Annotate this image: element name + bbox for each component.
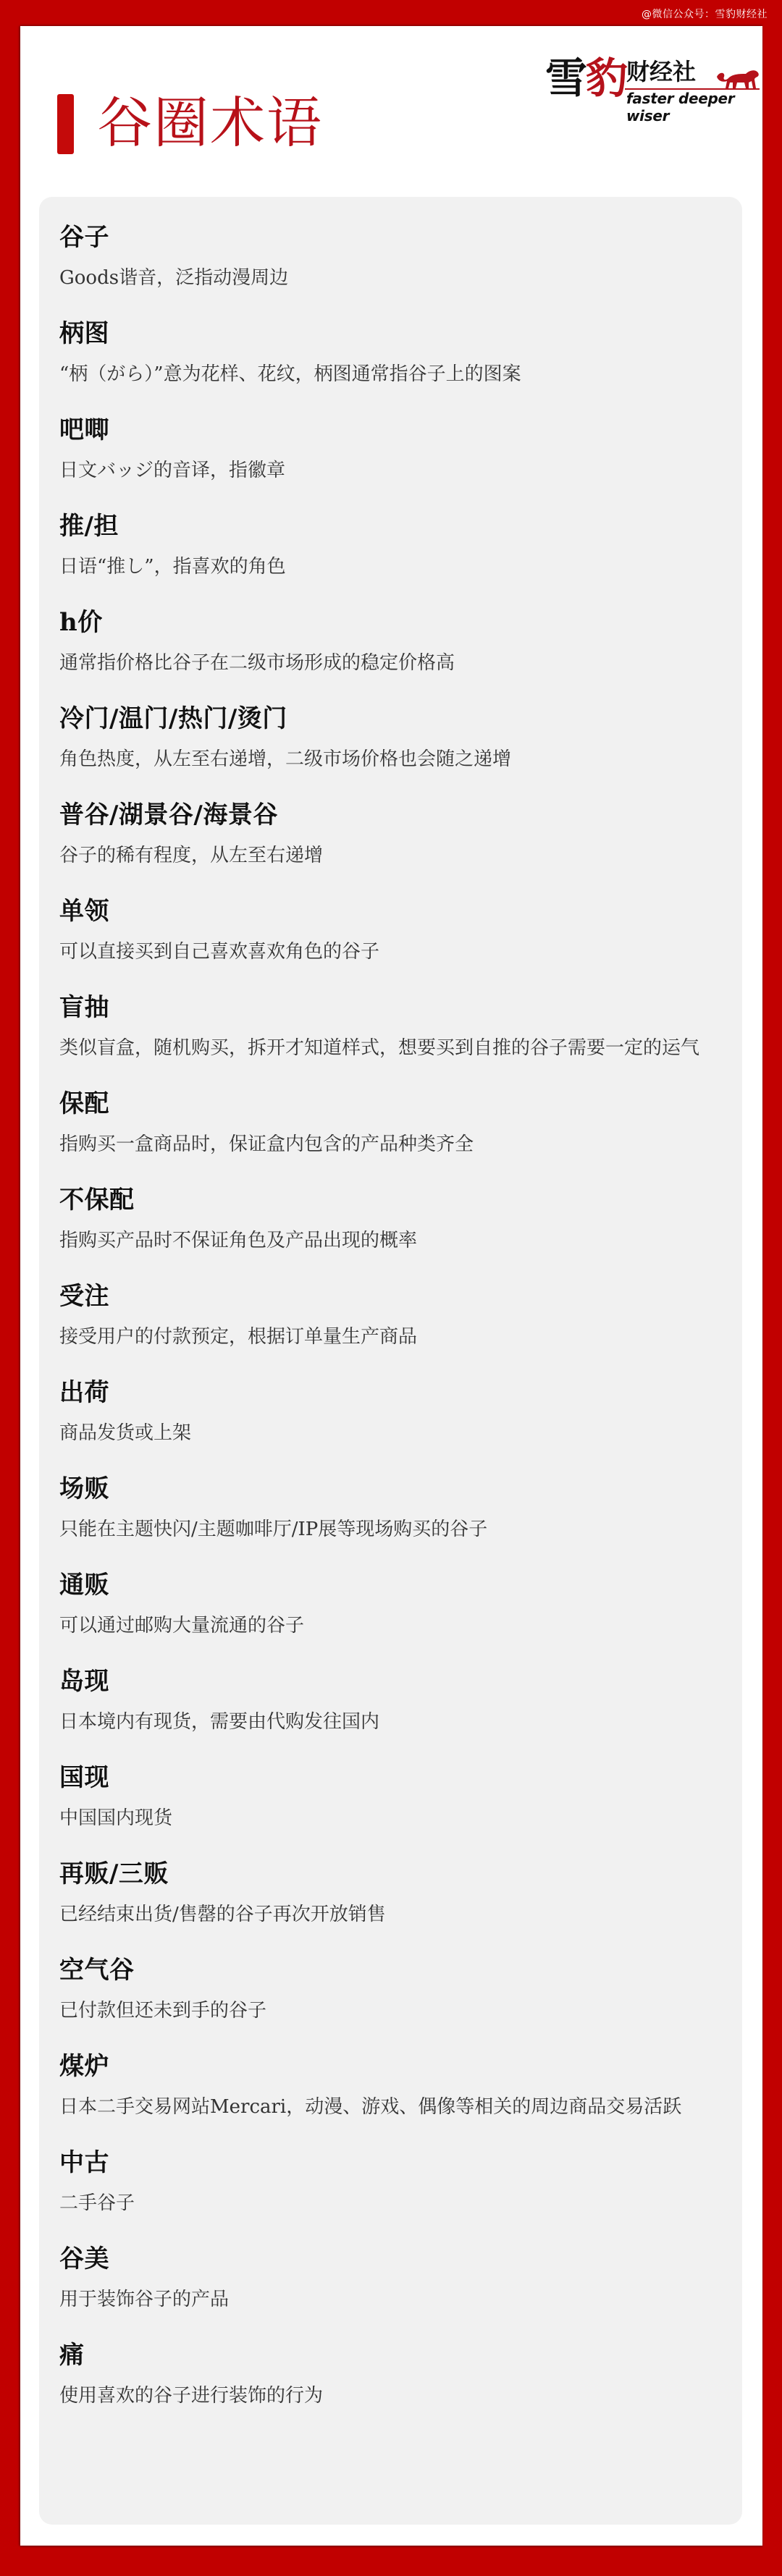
glossary-entry: 岛现日本境内有现货，需要由代购发往国内 [59,1667,742,1763]
entry-desc: 使用喜欢的谷子进行装饰的行为 [59,2384,323,2407]
glossary-entry: 国现中国国内现货 [59,1763,742,1859]
watermark: @微信公众号：雪豹财经社 [642,7,768,21]
entry-desc: 日文バッジ的音译，指徽章 [59,459,285,482]
glossary-entry: 再贩/三贩已经结束出货/售罄的谷子再次开放销售 [59,1859,742,1956]
logo-char-bao: 豹 [586,55,628,101]
entry-term: 保配 [59,1089,742,1118]
entry-term: 煤炉 [59,2052,742,2081]
title-accent-bar [57,94,74,154]
glossary-card: 谷子Goods谐音，泛指动漫周边 柄图“柄（がら）”意为花样、花纹，柄图通常指谷… [39,197,742,2525]
entry-term: 推/担 [59,512,742,541]
entry-term: 谷子 [59,223,742,252]
entry-desc: 已经结束出货/售罄的谷子再次开放销售 [59,1903,386,1926]
glossary-entry: 受注接受用户的付款预定，根据订单量生产商品 [59,1282,742,1378]
glossary-entry: 通贩可以通过邮购大量流通的谷子 [59,1571,742,1667]
brand-logo: 雪 豹 财经社 faster deeper wiser [545,58,741,109]
entry-desc: 类似盲盒，随机购买，拆开才知道样式，想要买到自推的谷子需要一定的运气 [59,1036,699,1060]
entry-term: 不保配 [59,1186,742,1215]
logo-char-xue: 雪 [545,55,587,101]
entry-term: 出荷 [59,1378,742,1407]
glossary-entry: 冷门/温门/热门/烫门角色热度，从左至右递增，二级市场价格也会随之递增 [59,704,742,801]
entry-desc: 指购买一盒商品时，保证盒内包含的产品种类齐全 [59,1133,474,1156]
glossary-entry: 推/担日语“推し”，指喜欢的角色 [59,512,742,608]
entry-term: 国现 [59,1763,742,1792]
glossary-entry: 保配指购买一盒商品时，保证盒内包含的产品种类齐全 [59,1089,742,1186]
glossary-entry: 普谷/湖景谷/海景谷谷子的稀有程度，从左至右递增 [59,801,742,897]
glossary-entry: 谷子Goods谐音，泛指动漫周边 [59,223,742,319]
entry-term: 通贩 [59,1571,742,1600]
glossary-entry: 单领可以直接买到自己喜欢喜欢角色的谷子 [59,897,742,993]
entry-term: 冷门/温门/热门/烫门 [59,704,742,733]
glossary-entry: 煤炉日本二手交易网站Mercari，动漫、游戏、偶像等相关的周边商品交易活跃 [59,2052,742,2148]
entry-desc: 二手谷子 [59,2192,135,2215]
entry-desc: 中国国内现货 [59,1807,172,1830]
logo-slogan: faster deeper wiser [626,90,741,124]
entry-term: 普谷/湖景谷/海景谷 [59,801,742,829]
entry-desc: 商品发货或上架 [59,1422,191,1445]
entry-desc: “柄（がら）”意为花样、花纹，柄图通常指谷子上的图案 [59,363,521,386]
glossary-entry: 柄图“柄（がら）”意为花样、花纹，柄图通常指谷子上的图案 [59,319,742,415]
entry-desc: 谷子的稀有程度，从左至右递增 [59,844,323,867]
entry-term: 岛现 [59,1667,742,1696]
glossary-entry: 中古二手谷子 [59,2148,742,2245]
entry-desc: 指购买产品时不保证角色及产品出现的概率 [59,1229,417,1252]
entry-desc: 日本境内有现货，需要由代购发往国内 [59,1710,379,1733]
page-title: 谷圈术语 [97,88,323,158]
entry-term: 谷美 [59,2245,742,2273]
entry-desc: 可以直接买到自己喜欢喜欢角色的谷子 [59,940,379,963]
entry-term: 场贩 [59,1474,742,1503]
entry-term: h价 [59,608,742,637]
entry-desc: 角色热度，从左至右递增，二级市场价格也会随之递增 [59,748,511,771]
glossary-entry: 空气谷已付款但还未到手的谷子 [59,1956,742,2052]
entry-term: 空气谷 [59,1956,742,1985]
entry-term: 再贩/三贩 [59,1859,742,1888]
entry-desc: 已付款但还未到手的谷子 [59,1999,266,2022]
glossary-entry: 不保配指购买产品时不保证角色及产品出现的概率 [59,1186,742,1282]
tiger-icon [715,67,760,90]
entry-term: 单领 [59,897,742,926]
content-panel: 谷圈术语 雪 豹 财经社 faster deeper wiser 谷子Goods… [20,26,762,2546]
glossary-entry: 痛使用喜欢的谷子进行装饰的行为 [59,2341,742,2437]
glossary-entry: 谷美用于装饰谷子的产品 [59,2245,742,2341]
entry-desc: 可以通过邮购大量流通的谷子 [59,1614,304,1637]
glossary-entry: 场贩只能在主题快闪/主题咖啡厅/IP展等现场购买的谷子 [59,1474,742,1571]
entry-term: 受注 [59,1282,742,1311]
glossary-entry: h价通常指价格比谷子在二级市场形成的稳定价格高 [59,608,742,704]
logo-name: 财经社 [626,58,696,85]
glossary-entry: 盲抽类似盲盒，随机购买，拆开才知道样式，想要买到自推的谷子需要一定的运气 [59,993,742,1089]
entry-desc: 接受用户的付款预定，根据订单量生产商品 [59,1325,417,1348]
entry-desc: Goods谐音，泛指动漫周边 [59,266,288,290]
entry-term: 盲抽 [59,993,742,1022]
entry-term: 痛 [59,2341,742,2370]
entry-term: 吧唧 [59,415,742,444]
entry-desc: 用于装饰谷子的产品 [59,2288,229,2311]
entry-term: 柄图 [59,319,742,348]
entry-desc: 日语“推し”，指喜欢的角色 [59,555,286,578]
glossary-entry: 吧唧日文バッジ的音译，指徽章 [59,415,742,512]
entry-desc: 日本二手交易网站Mercari，动漫、游戏、偶像等相关的周边商品交易活跃 [59,2095,681,2119]
entry-desc: 通常指价格比谷子在二级市场形成的稳定价格高 [59,651,455,675]
glossary-entry: 出荷商品发货或上架 [59,1378,742,1474]
entry-term: 中古 [59,2148,742,2177]
entry-desc: 只能在主题快闪/主题咖啡厅/IP展等现场购买的谷子 [59,1518,487,1541]
